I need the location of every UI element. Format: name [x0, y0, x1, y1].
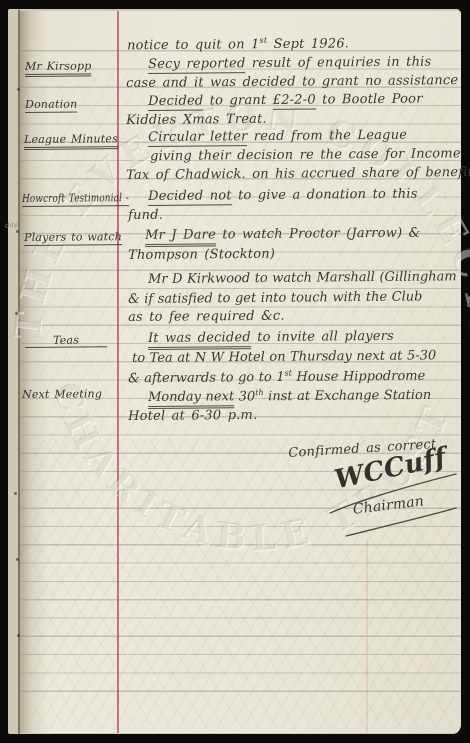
minute-line: Tax of Chadwick. on his accrued share of…: [126, 165, 470, 183]
label-text: Howcroft Testimonial -: [22, 191, 129, 207]
margin-label-league-minutes: League Minutes: [24, 132, 118, 146]
margin-label-next-meeting: Next Meeting: [22, 387, 102, 401]
minute-line: Secy reported result of enquiries in thi…: [148, 55, 431, 72]
stitch-dot: [17, 88, 20, 91]
text-segment: to give a donation to this: [232, 187, 418, 204]
minute-line: & if satisfied to get into touch with th…: [128, 289, 423, 307]
margin-label-teas: Teas: [25, 333, 107, 348]
minute-line: Mr J Dare to watch Proctor (Jarrow) &: [145, 226, 420, 243]
text-segment: to grant: [203, 93, 272, 109]
text-segment: & afterwards to go to 1: [128, 370, 285, 386]
text-segment: case and it was decided to grant no assi…: [126, 73, 458, 91]
stitch-dot: [17, 634, 20, 637]
label-text: Teas: [53, 334, 79, 347]
stitch-dot: [16, 558, 19, 561]
text-segment: result of enquiries in this: [245, 55, 431, 72]
stitch-dot: [16, 230, 19, 233]
binding-crease: [18, 10, 20, 734]
text-segment: Hotel at 6-30 p.m.: [128, 408, 257, 424]
margin-label-players-to-watch: Players to watch: [24, 230, 122, 244]
text-segment: to Bootle Poor: [316, 92, 423, 108]
label-text: Players to watch: [24, 230, 122, 246]
text-segment: House Hippodrome: [292, 369, 425, 385]
minute-line: Decided not to give a donation to this: [148, 187, 418, 204]
minute-line: fund.: [128, 208, 163, 223]
text-segment: Decided: [148, 94, 203, 111]
text-segment: 30: [234, 389, 255, 404]
text-segment: Mr J Dare: [145, 227, 216, 247]
text-segment: Secy reported: [148, 56, 246, 74]
label-text: Mr Kirsopp: [25, 59, 92, 77]
superscript: st: [285, 369, 292, 378]
minute-line: Mr D Kirkwood to watch Marshall (Gilling…: [148, 269, 457, 287]
margin-label-howcroft: Howcroft Testimonial -: [22, 191, 129, 205]
text-segment: Mr D Kirkwood to watch Marshall (Gilling…: [148, 269, 457, 287]
minute-line: Decided to grant £2-2-0 to Bootle Poor: [148, 92, 423, 109]
text-segment: Kiddies Xmas Treat.: [126, 112, 267, 128]
text-segment: Sept 1926.: [267, 36, 349, 52]
continuation-line: notice to quit on 1st Sept 1926.: [127, 35, 349, 53]
text-segment: notice to quit on 1: [127, 37, 260, 53]
text-segment: giving their decision re the case for In…: [150, 146, 461, 164]
amount-text: £2-2-0: [273, 93, 316, 110]
text-segment: Tax of Chadwick. on his accrued share of…: [126, 165, 470, 183]
label-text: League Minutes: [24, 132, 118, 150]
minute-line: Circular letter read from the League: [148, 128, 407, 145]
minute-line: Kiddies Xmas Treat.: [126, 112, 267, 128]
minute-line: case and it was decided to grant no assi…: [126, 73, 458, 91]
minute-line: to Tea at N W Hotel on Thursday next at …: [132, 348, 436, 366]
minute-line: It was decided to invite all players: [148, 329, 394, 346]
minute-line: as to fee required &c.: [128, 309, 285, 325]
text-segment: inst at Exchange Station: [264, 388, 432, 404]
text-segment: Decided not: [148, 188, 232, 206]
text-segment: as to fee required &c.: [128, 309, 285, 325]
margin-label-donation: Donation: [25, 98, 77, 111]
superscript: th: [255, 388, 263, 397]
text-segment: fund.: [128, 208, 163, 223]
minute-line: & afterwards to go to 1st House Hippodro…: [128, 367, 425, 386]
text-segment: to Tea at N W Hotel on Thursday next at …: [132, 348, 436, 366]
text-segment: read from the League: [247, 128, 407, 144]
minute-line: Monday next 30th inst at Exchange Statio…: [148, 387, 431, 406]
text-segment: to watch Proctor (Jarrow) &: [216, 226, 421, 243]
minute-line: Hotel at 6-30 p.m.: [128, 408, 257, 424]
stitch-dot: [15, 312, 18, 315]
label-text: Next Meeting: [22, 387, 102, 401]
text-segment: It was decided: [148, 330, 251, 350]
minute-line: Thompson (Stockton): [128, 247, 275, 263]
text-segment: to invite all players: [251, 329, 394, 345]
text-segment: Monday next: [148, 390, 234, 410]
margin-label-kirsopp: Mr Kirsopp: [25, 59, 91, 73]
scanned-minute-book-page: THE EVERTON COLLECTION CHARITABLE TRUST …: [0, 0, 470, 743]
minute-line: giving their decision re the case for In…: [150, 146, 461, 164]
text-segment: Circular letter: [148, 129, 248, 147]
stitch-dot: [14, 492, 17, 495]
text-segment: Thompson (Stockton): [128, 247, 275, 263]
text-segment: & if satisfied to get into touch with th…: [128, 289, 423, 307]
label-text: Donation: [25, 98, 77, 113]
